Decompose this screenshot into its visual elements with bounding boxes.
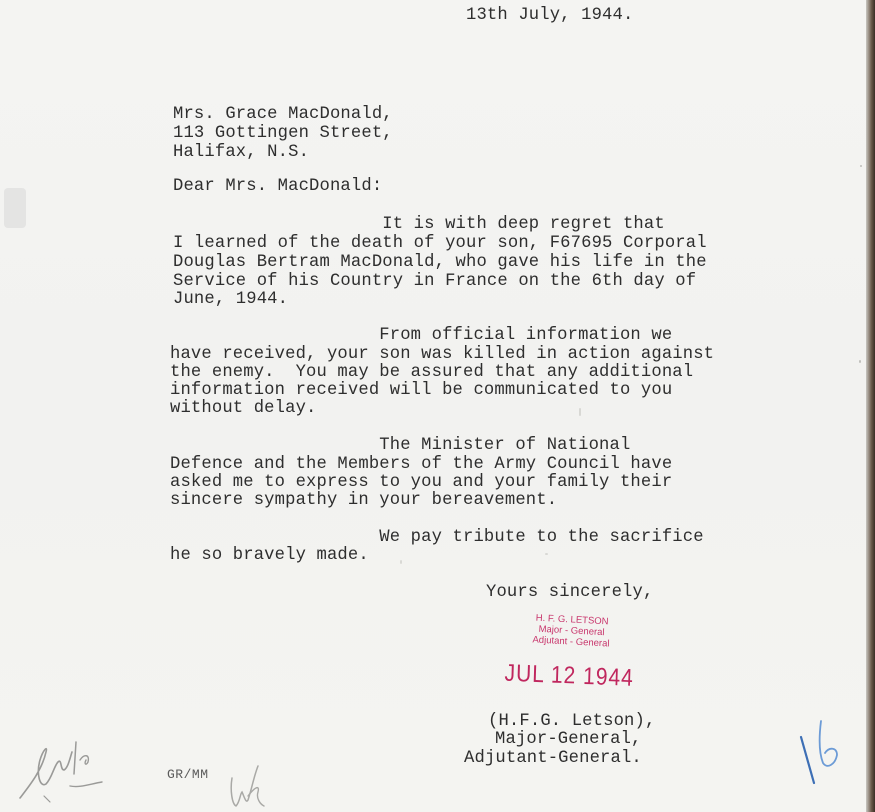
paragraph-line: Defence and the Members of the Army Coun…	[170, 455, 672, 475]
handwritten-page-number-icon	[795, 715, 845, 790]
paragraph-line: It is with deep regret that	[173, 215, 665, 235]
letter-date: 13th July, 1944.	[466, 6, 633, 26]
letter-page: 13th July, 1944. Mrs. Grace MacDonald, 1…	[0, 0, 866, 812]
recipient-street: 113 Gottingen Street,	[173, 124, 393, 144]
paragraph-line: he so bravely made.	[170, 546, 369, 566]
closing: Yours sincerely,	[486, 583, 653, 603]
paper-bleed-through	[4, 188, 26, 228]
typist-reference: GR/MM	[167, 767, 209, 782]
handwritten-initials-icon	[10, 730, 110, 805]
signatory-name: (H.F.G. Letson),	[488, 712, 655, 732]
paragraph-line: I learned of the death of your son, F676…	[173, 234, 707, 254]
paragraph-line: information received will be communicate…	[170, 381, 672, 401]
paragraph-line: June, 1944.	[173, 290, 288, 310]
paragraph-line: asked me to express to you and your fami…	[170, 473, 672, 493]
salutation: Dear Mrs. MacDonald:	[173, 177, 382, 197]
page-edge-shadow	[866, 0, 875, 812]
paragraph-line: the enemy. You may be assured that any a…	[170, 363, 693, 383]
paragraph-line: sincere sympathy in your bereavement.	[170, 491, 557, 511]
paper-mark	[400, 560, 402, 564]
paragraph-line: have received, your son was killed in ac…	[170, 345, 714, 365]
paragraph-line: We pay tribute to the sacrifice	[170, 528, 704, 548]
stamp-date: JUL 12 1944	[504, 660, 634, 693]
paragraph-line: Service of his Country in France on the …	[173, 272, 696, 292]
signatory-rank: Major-General,	[495, 730, 642, 750]
paper-mark	[579, 408, 581, 416]
paper-mark	[859, 360, 861, 363]
handwritten-ref-initials-icon	[226, 758, 266, 812]
paragraph-line: without delay.	[170, 399, 317, 419]
recipient-city: Halifax, N.S.	[173, 143, 309, 163]
signatory-title: Adjutant-General.	[464, 749, 642, 769]
paper-mark	[860, 165, 862, 167]
paper-mark	[545, 553, 548, 555]
paragraph-line: The Minister of National	[170, 436, 630, 456]
paragraph-line: From official information we	[170, 326, 672, 346]
paragraph-line: Douglas Bertram MacDonald, who gave his …	[173, 253, 707, 273]
recipient-name: Mrs. Grace MacDonald,	[173, 105, 393, 125]
